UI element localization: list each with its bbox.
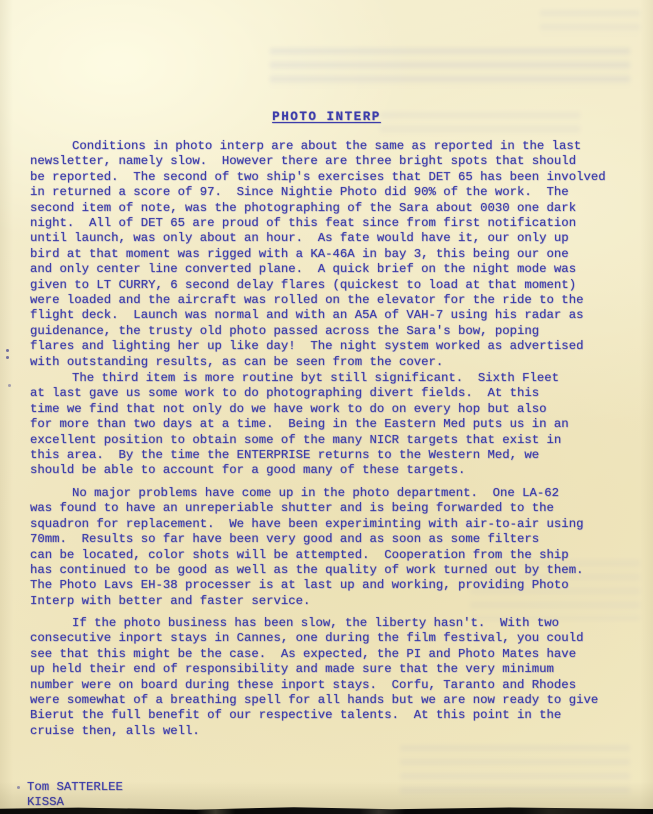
stray-ink-mark (6, 349, 9, 352)
scanned-document-page: PHOTO INTERP Conditions in photo interp … (0, 0, 653, 814)
signature-name: Tom SATTERLEE (27, 780, 327, 795)
bleed-through-smudge (540, 10, 640, 38)
paragraph-4: If the photo business has been slow, the… (30, 616, 630, 739)
stray-ink-mark (17, 786, 20, 789)
stray-ink-mark (8, 384, 11, 387)
paragraph-3: No major problems have come up in the ph… (30, 486, 630, 609)
document-title: PHOTO INTERP (0, 110, 653, 125)
stray-ink-mark (6, 356, 9, 359)
bleed-through-smudge (270, 48, 630, 88)
bleed-through-smudge (400, 745, 630, 800)
paragraph-1: Conditions in photo interp are about the… (30, 139, 630, 370)
paragraph-2: The third item is more routine byt still… (30, 371, 630, 479)
